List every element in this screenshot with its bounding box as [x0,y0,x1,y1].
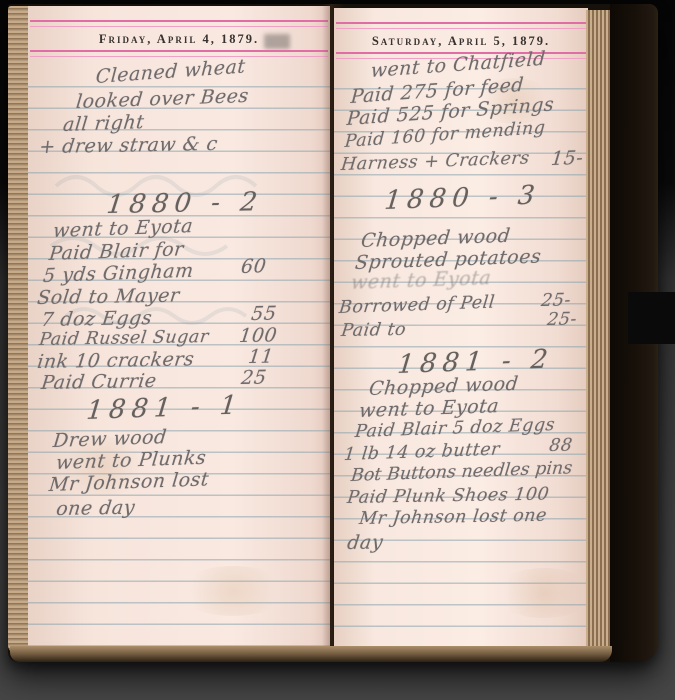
amount: 88 [548,436,574,456]
header-rule-top [336,22,586,29]
diary-line: all right [62,111,145,136]
page-edges-left [8,6,30,654]
diary-scan: Friday, April 4, 1879. Cleaned wheat loo… [0,0,675,700]
header-rule-top [30,20,328,27]
amount: 25 [240,367,268,389]
diary-page-left: Friday, April 4, 1879. Cleaned wheat loo… [28,6,330,650]
amount: 15- [550,147,584,170]
paper-stain [178,566,288,616]
diary-book: Friday, April 4, 1879. Cleaned wheat loo… [8,4,658,662]
diary-line: Sold to Mayer [36,284,181,309]
amount: 25- [546,309,578,330]
diary-line: Paid Currie [40,370,158,394]
book-strap [628,292,675,344]
header-rule-bottom [30,50,328,57]
diary-line: one day [55,497,136,520]
pencil-smudge [264,34,290,49]
amount: 11 [247,346,275,368]
amount: 55 [250,303,278,325]
diary-line: Mr Johnson lost one [358,506,548,529]
diary-line: ink 10 crackers [36,348,196,373]
year-heading-1881-1: 1881 - 1 [85,390,244,426]
amount: 60 [240,255,267,278]
page-edges-bottom [10,646,612,662]
diary-line: Paid Plunk Shoes 100 [346,484,550,508]
diary-page-right: Saturday, April 5, 1879. went to Chatfie… [334,8,588,646]
year-heading-1880-3: 1880 - 3 [383,180,542,216]
amount: 25- [540,290,572,311]
paper-stain [494,568,588,618]
printed-date-right: Saturday, April 5, 1879. [334,34,588,49]
diary-line: + drew straw & c [38,133,219,158]
diary-line: Paid Russel Sugar [38,327,210,350]
page-edges-right [586,10,612,650]
diary-line: Paid to [340,320,407,341]
diary-line: day [346,531,384,554]
amount: 100 [238,324,278,347]
